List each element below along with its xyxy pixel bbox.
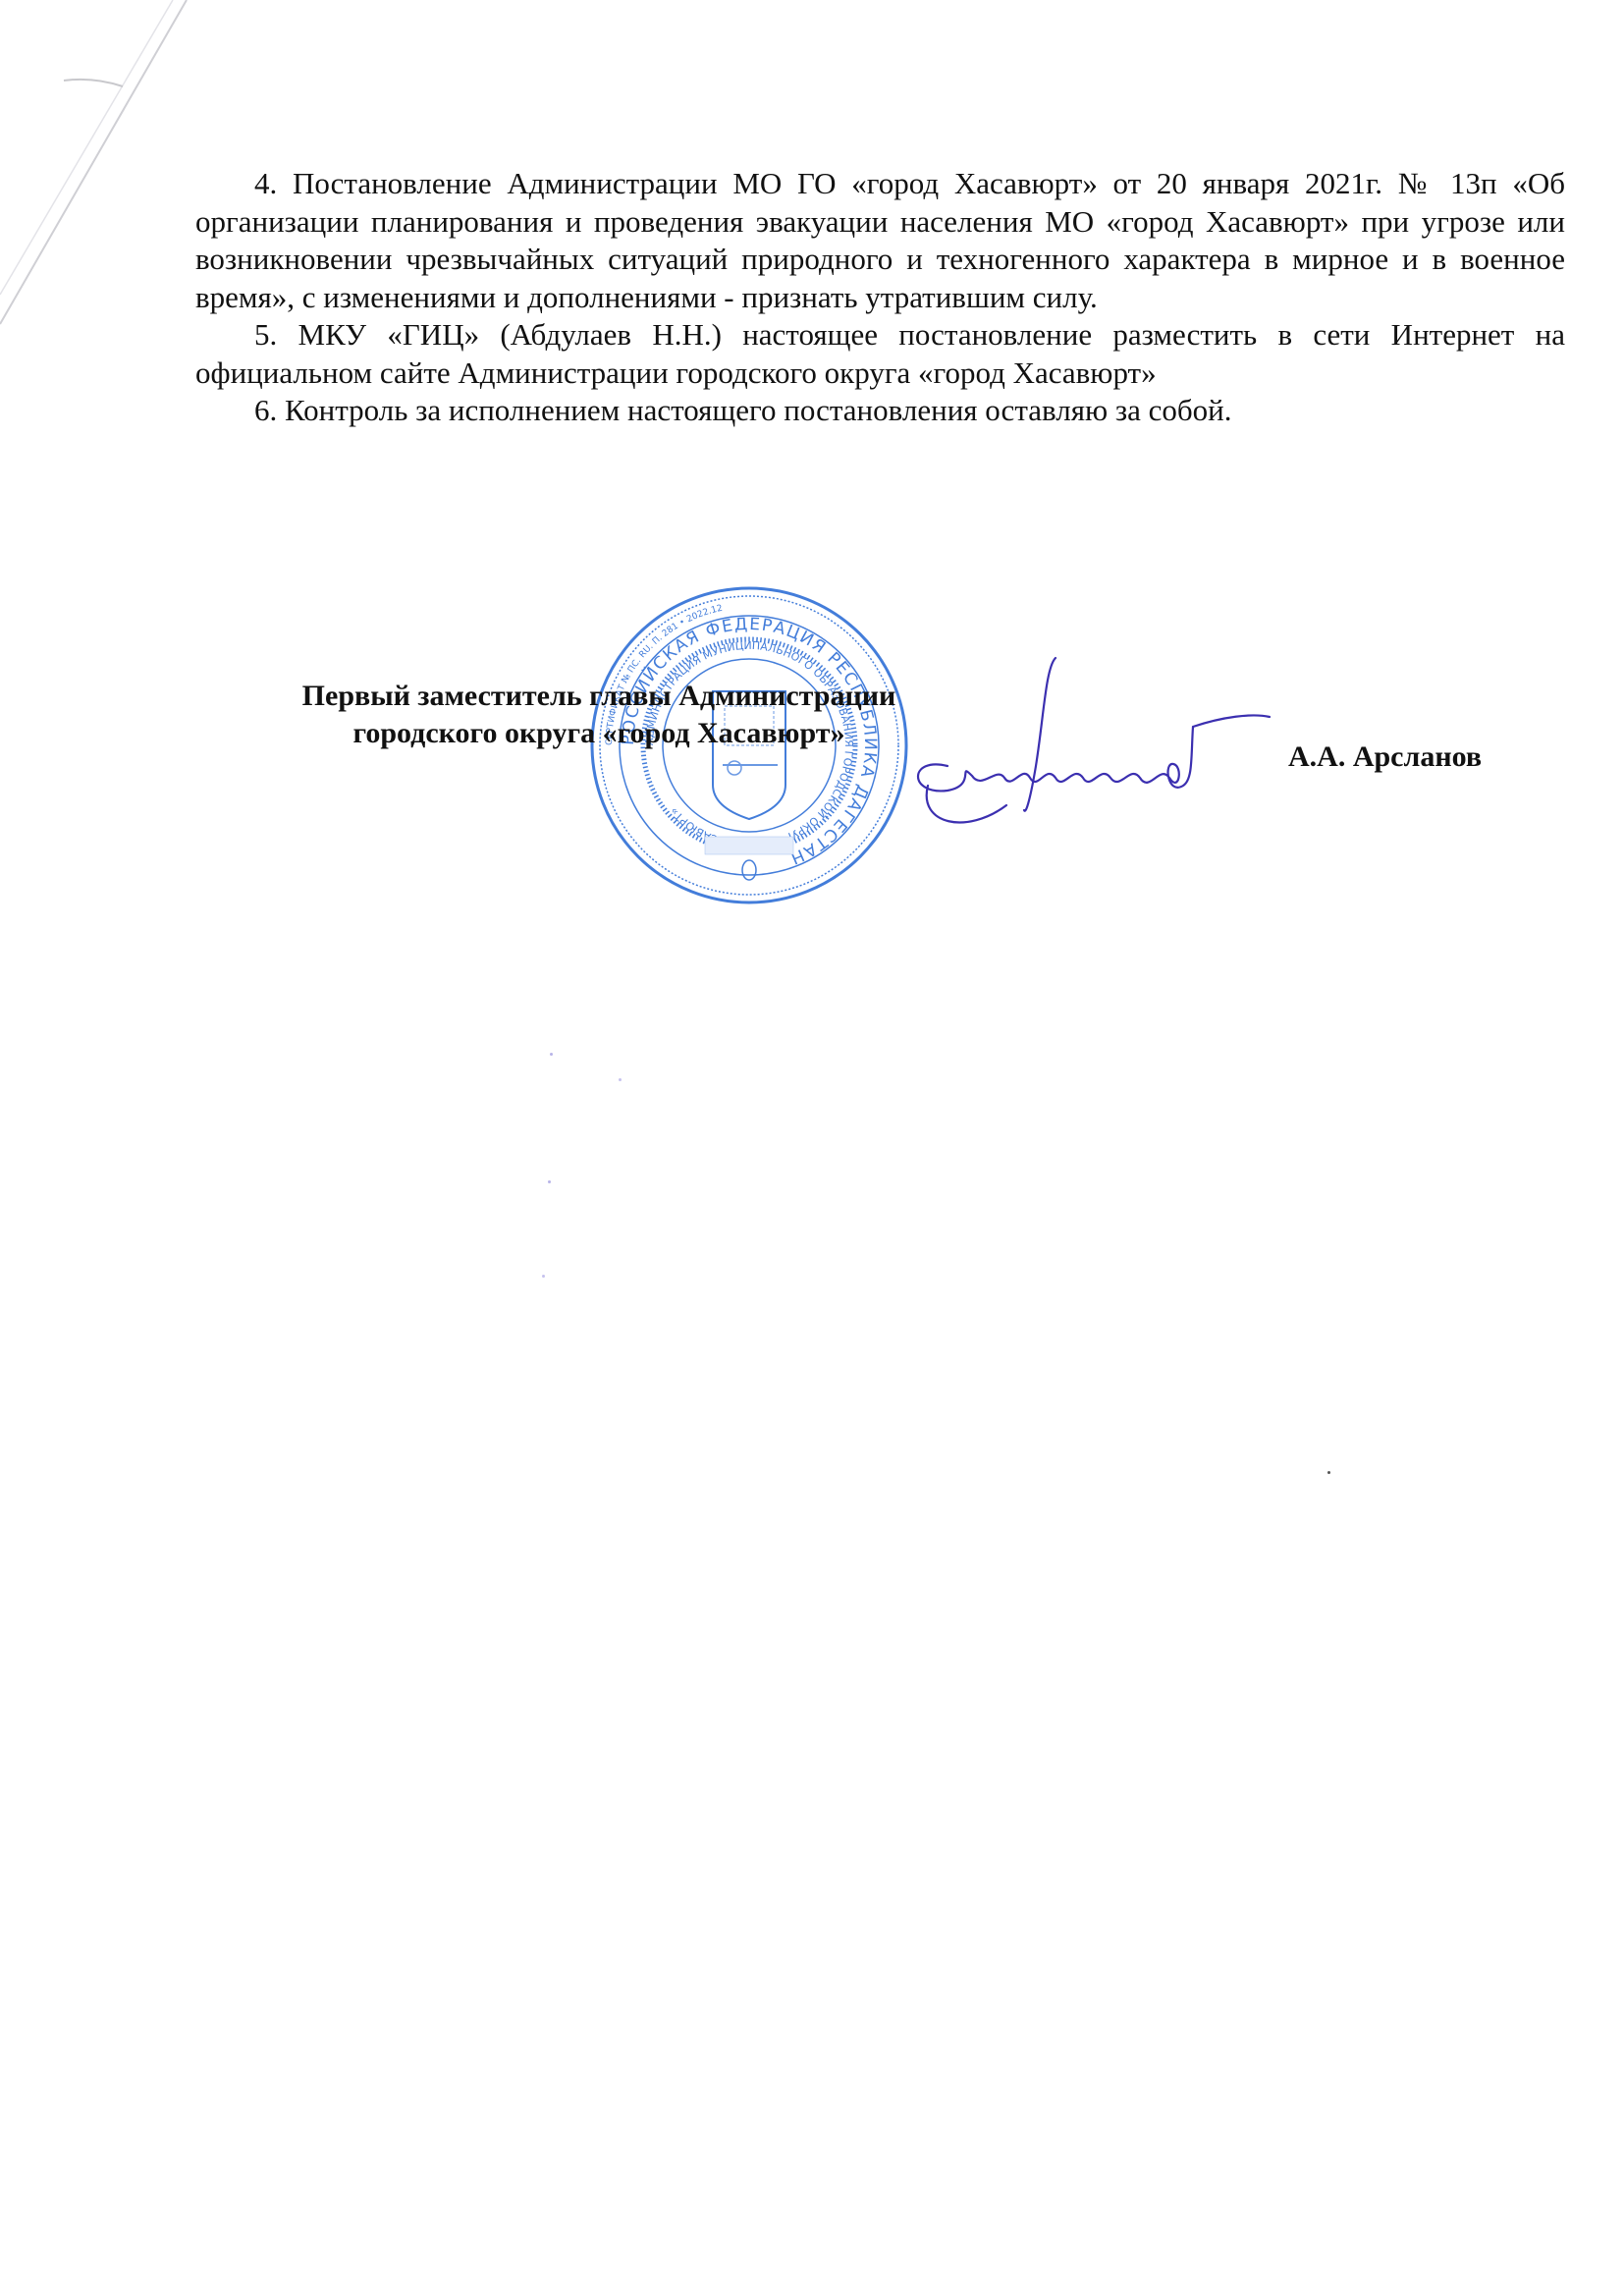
signature-block: Первый заместитель главы Администрации г…: [0, 0, 1624, 943]
signer-name: А.А. Арсланов: [1288, 740, 1482, 774]
position-line-2: городского округа «город Хасавюрт»: [191, 715, 1006, 752]
scan-speck: [619, 1078, 622, 1081]
signer-position: Первый заместитель главы Администрации г…: [191, 678, 1006, 752]
position-line-1: Первый заместитель главы Администрации: [191, 678, 1006, 715]
scan-speck: [550, 1053, 553, 1056]
scan-speck: [1327, 1471, 1330, 1474]
handwritten-signature-icon: [889, 648, 1272, 845]
scan-speck: [542, 1275, 545, 1278]
scan-speck: [548, 1180, 551, 1183]
